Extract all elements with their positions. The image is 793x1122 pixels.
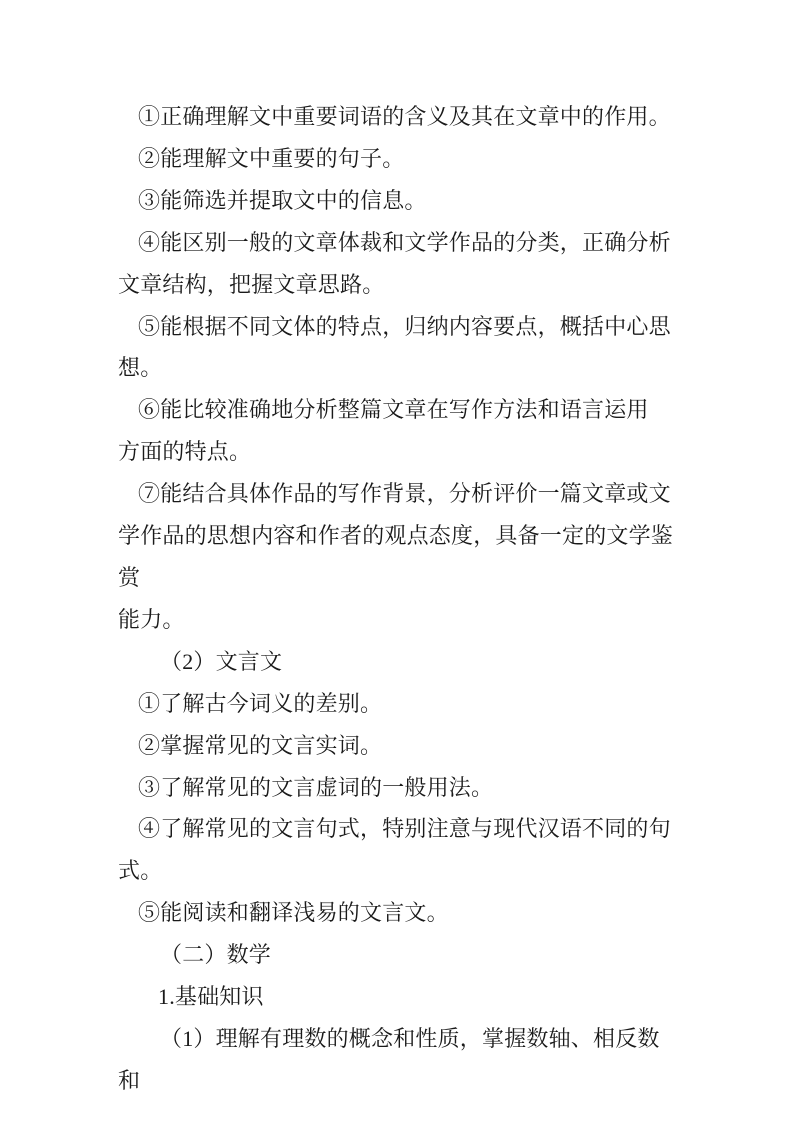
paragraph: ③了解常见的文言虚词的一般用法。 (118, 767, 674, 809)
paragraph: ⑤能阅读和翻译浅易的文言文。 (118, 892, 674, 934)
paragraph: ①正确理解文中重要词语的含义及其在文章中的作用。 (118, 96, 674, 138)
paragraph: ⑥能比较准确地分析整篇文章在写作方法和语言运用 方面的特点。 (118, 389, 674, 473)
paragraph: （二）数学 (118, 934, 674, 976)
paragraph: ④了解常见的文言句式，特别注意与现代汉语不同的句 式。 (118, 808, 674, 892)
paragraph: 1.基础知识 (118, 976, 674, 1018)
paragraph: （2）文言文 (118, 641, 674, 683)
document-page: ①正确理解文中重要词语的含义及其在文章中的作用。②能理解文中重要的句子。③能筛选… (0, 0, 793, 1122)
document-text: ①正确理解文中重要词语的含义及其在文章中的作用。②能理解文中重要的句子。③能筛选… (118, 96, 674, 1102)
paragraph: ⑤能根据不同文体的特点，归纳内容要点，概括中心思 想。 (118, 306, 674, 390)
paragraph: （1）理解有理数的概念和性质，掌握数轴、相反数和 (118, 1018, 674, 1102)
paragraph: ②掌握常见的文言实词。 (118, 725, 674, 767)
paragraph: ⑦能结合具体作品的写作背景，分析评价一篇文章或文 学作品的思想内容和作者的观点态… (118, 473, 674, 641)
paragraph: ②能理解文中重要的句子。 (118, 138, 674, 180)
paragraph: ④能区别一般的文章体裁和文学作品的分类，正确分析 文章结构，把握文章思路。 (118, 222, 674, 306)
paragraph: ①了解古今词义的差别。 (118, 683, 674, 725)
paragraph: ③能筛选并提取文中的信息。 (118, 180, 674, 222)
